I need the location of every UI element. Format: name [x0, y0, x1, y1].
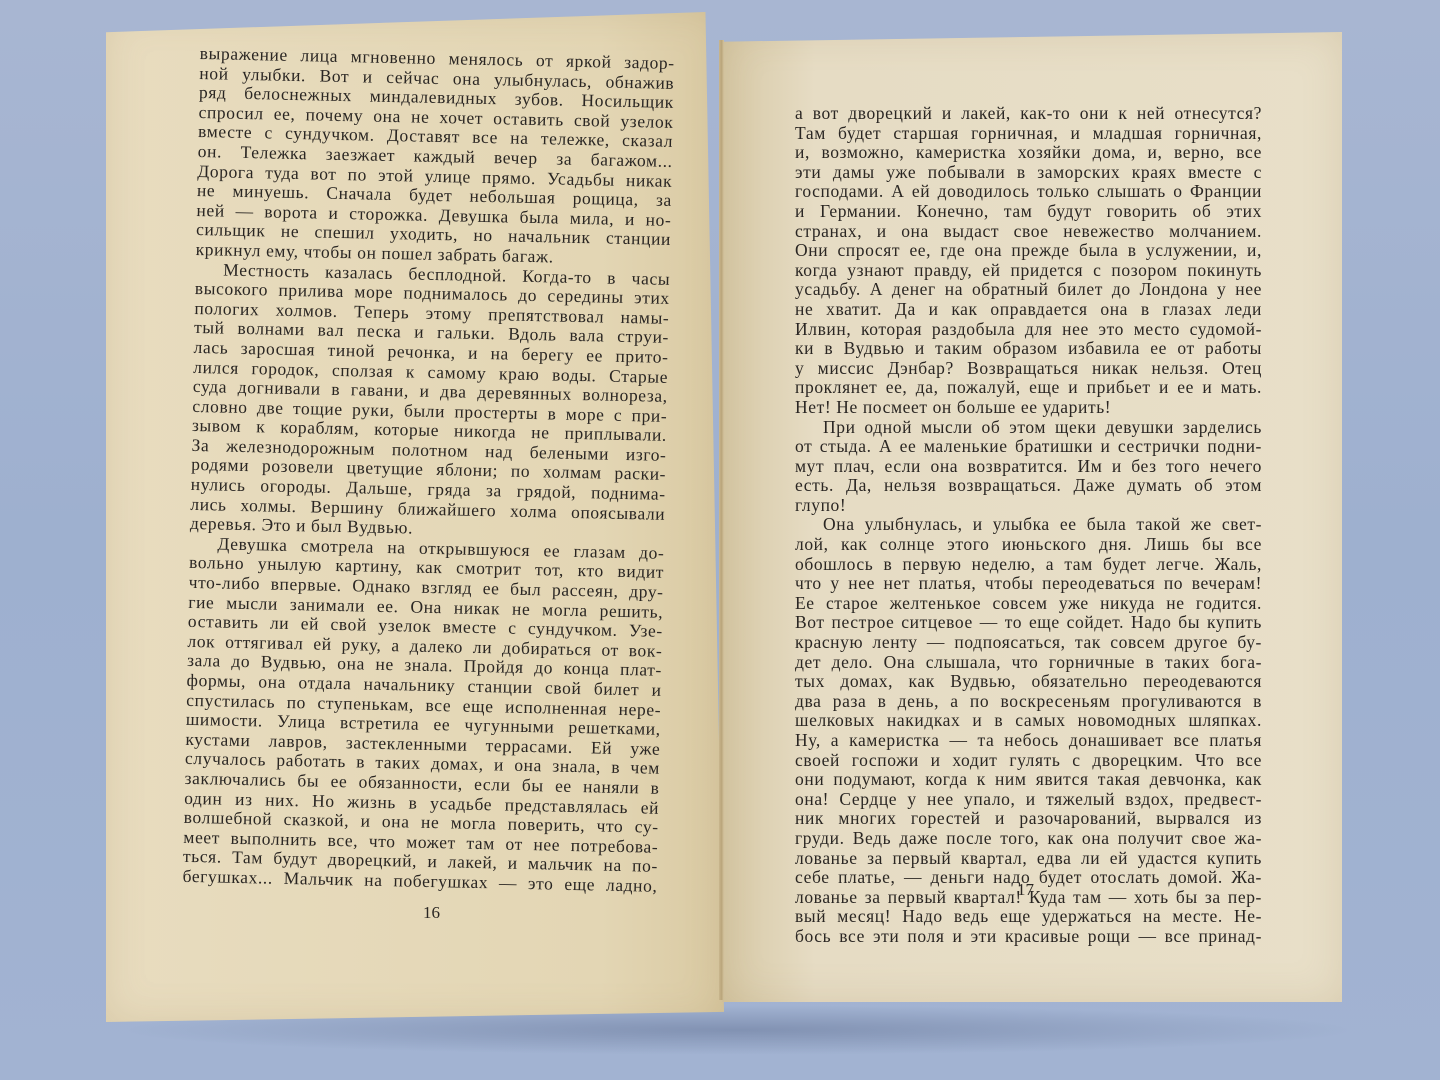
text-line: Она улыбнулась, и улыбка ее была такой ж…: [795, 515, 1262, 535]
text-line: ник многих горестей и разочарований, выр…: [795, 809, 1262, 829]
text-line: своей госпожи и ходит гулять с дворецким…: [795, 751, 1262, 771]
text-line: Ее старое желтенькое совсем уже никуда н…: [795, 594, 1262, 614]
text-line: дет дело. Она слышала, что горничные в т…: [795, 653, 1262, 673]
text-line: Вот пестрое ситцевое — то еще сойдет. На…: [795, 613, 1262, 633]
text-line: бось все эти поля и эти красивые рощи — …: [795, 927, 1262, 947]
left-page-text: выражение лица мгновенно менялось от ярк…: [182, 44, 675, 896]
text-line: а вот дворецкий и лакей, как-то они к не…: [795, 104, 1262, 124]
text-line: она! Сердце у нее упало, и тяжелый вздох…: [795, 790, 1262, 810]
text-line: не хватит. Да и как оправдается она в гл…: [795, 300, 1262, 320]
text-line: При одной мысли об этом щеки девушки зар…: [795, 418, 1262, 438]
text-line: Ну, а камеристка — та небось донашивает …: [795, 731, 1262, 751]
text-line: и Германии. Конечно, там будут говорить …: [795, 202, 1262, 222]
text-line: лой, как солнце этого июньского дня. Лиш…: [795, 535, 1262, 555]
text-line: от стыда. А ее маленькие братишки и сест…: [795, 437, 1262, 457]
text-line: два раза в день, а по воскресеньям прогу…: [795, 692, 1262, 712]
text-line: Илвин, которая раздобыла для нее это мес…: [795, 320, 1262, 340]
text-line: красную ленту — подпоясаться, так совсем…: [795, 633, 1262, 653]
text-line: проклянет ее, да, пожалуй, еще и прибьет…: [795, 378, 1262, 398]
text-line: и, возможно, камеристка хозяйки дома, и,…: [795, 143, 1262, 163]
text-line: обошлось в первую неделю, а там будет ле…: [795, 555, 1262, 575]
text-line: тых домах, как Вудвью, обязательно перео…: [795, 672, 1262, 692]
text-line: господами. А ей доводилось только слышат…: [795, 182, 1262, 202]
text-line: глупо!: [795, 496, 1262, 516]
text-line: Нет! Не посмеет он больше ее ударить!: [795, 398, 1262, 418]
text-line: шелковых накидках и в самых новомодных ш…: [795, 711, 1262, 731]
text-line: они подумают, когда к ним явится такая д…: [795, 770, 1262, 790]
right-page-text: а вот дворецкий и лакей, как-то они к не…: [795, 104, 1262, 947]
text-line: Они спросят ее, где она прежде была в ус…: [795, 241, 1262, 261]
text-line: мут плач, если она возвратится. Им и без…: [795, 457, 1262, 477]
book-spine: [719, 40, 724, 1000]
text-line: лованье за первый квартал, едва ли ей уд…: [795, 849, 1262, 869]
text-line: когда узнают правду, ей придется с позор…: [795, 261, 1262, 281]
text-line: груди. Ведь даже после того, как она пол…: [795, 829, 1262, 849]
text-line: вый месяц! Надо ведь еще удержаться на м…: [795, 907, 1262, 927]
text-line: усадьбу. А денег на обратный билет до Ло…: [795, 280, 1262, 300]
text-line: что у нее нет платья, чтобы переодеватьс…: [795, 574, 1262, 594]
page-number-right: 17: [1017, 880, 1034, 900]
page-number-left: 16: [423, 903, 440, 923]
text-line: есть. Да, нельзя возвращаться. Даже дума…: [795, 476, 1262, 496]
text-line: ки в Вудвью и таким образом избавила ее …: [795, 339, 1262, 359]
text-line: Там будет старшая горничная, и младшая г…: [795, 124, 1262, 144]
text-line: эти дамы уже побывали в заморских краях …: [795, 163, 1262, 183]
text-line: у миссис Дэнбар? Возвращаться никак нель…: [795, 359, 1262, 379]
text-line: странах, и она выдаст свое невежество мо…: [795, 222, 1262, 242]
